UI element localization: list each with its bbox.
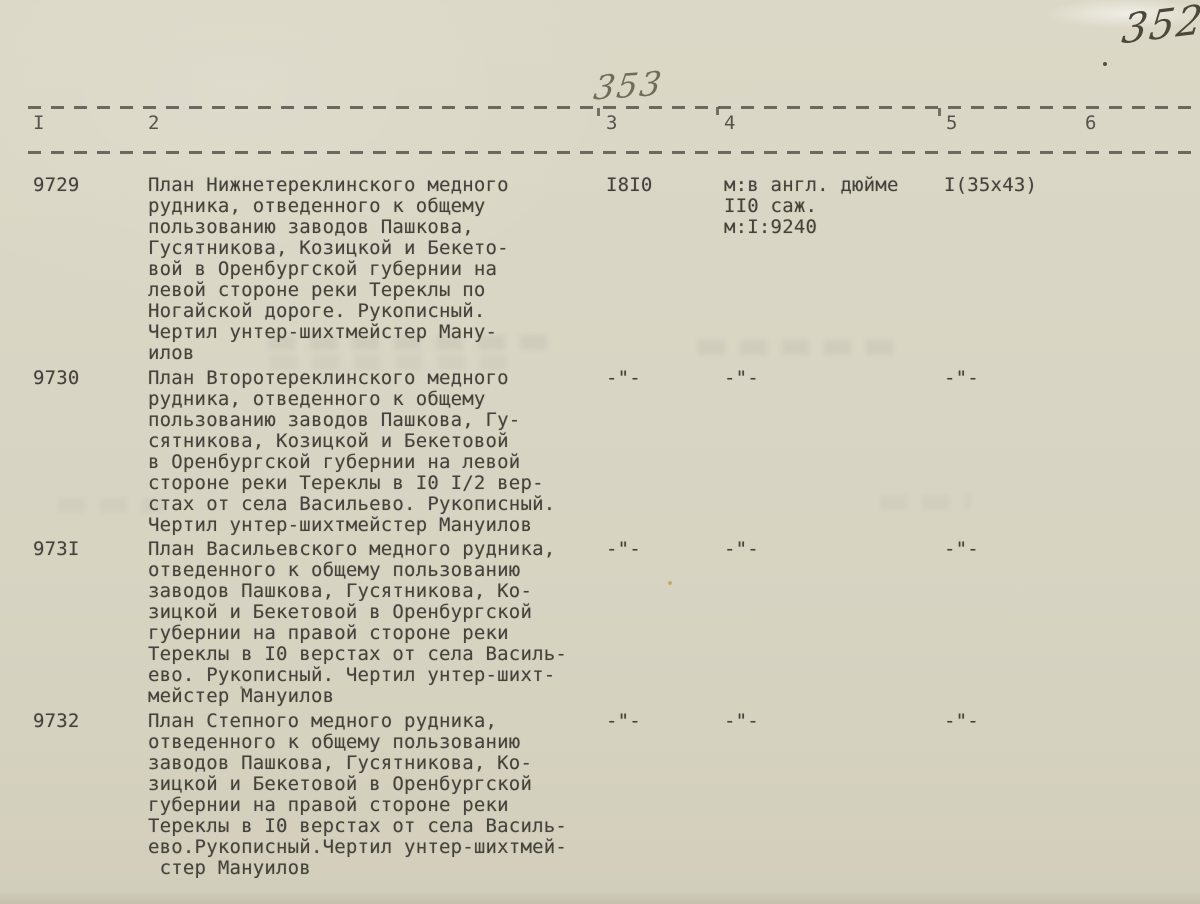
handwritten-folio-number-center: 353 <box>591 63 665 107</box>
record-scale-ditto: -"- <box>724 368 939 389</box>
scanned-page: 353 352 I 2 3 4 5 6 9729 План Нижнетерек… <box>0 0 1200 904</box>
ink-speck <box>668 581 672 585</box>
record-description: План Степного медного рудника, отведенно… <box>148 711 618 879</box>
table-header-rule-top <box>28 106 1200 109</box>
record-date-ditto: -"- <box>606 368 641 389</box>
column-tick-mark <box>716 107 719 115</box>
record-number: 973I <box>33 539 80 560</box>
record-description: План Второтереклинского медного рудника,… <box>148 368 618 536</box>
record-scale: м:в англ. дюйме II0 саж. м:I:9240 <box>724 175 939 238</box>
column-header-6: 6 <box>1085 113 1096 134</box>
record-date-ditto: -"- <box>606 711 641 732</box>
record-format-ditto: -"- <box>944 368 979 389</box>
column-header-3: 3 <box>606 113 617 134</box>
handwritten-folio-number-right: 352 <box>1119 0 1200 54</box>
column-header-4: 4 <box>724 113 735 134</box>
record-format: I(35х43) <box>944 175 1037 196</box>
record-description: План Нижнетереклинского медного рудника,… <box>148 175 618 364</box>
record-format-ditto: -"- <box>944 711 979 732</box>
record-scale-ditto: -"- <box>724 539 939 560</box>
record-description: План Васильевского медного рудника, отве… <box>148 539 618 707</box>
bleed-through-text <box>698 340 903 355</box>
record-number: 9730 <box>33 368 80 389</box>
column-header-1: I <box>33 113 44 134</box>
column-header-2: 2 <box>148 113 159 134</box>
record-date: I8I0 <box>606 175 653 196</box>
column-tick-mark <box>938 108 941 116</box>
record-date-ditto: -"- <box>606 539 641 560</box>
record-number: 9732 <box>33 711 80 732</box>
record-format-ditto: -"- <box>944 539 979 560</box>
record-scale-ditto: -"- <box>724 711 939 732</box>
bleed-through-text <box>880 495 970 510</box>
record-number: 9729 <box>33 175 80 196</box>
ink-speck <box>1103 62 1107 66</box>
column-header-5: 5 <box>946 113 957 134</box>
column-tick-mark <box>597 108 600 116</box>
table-header-rule-bottom <box>28 151 1200 154</box>
